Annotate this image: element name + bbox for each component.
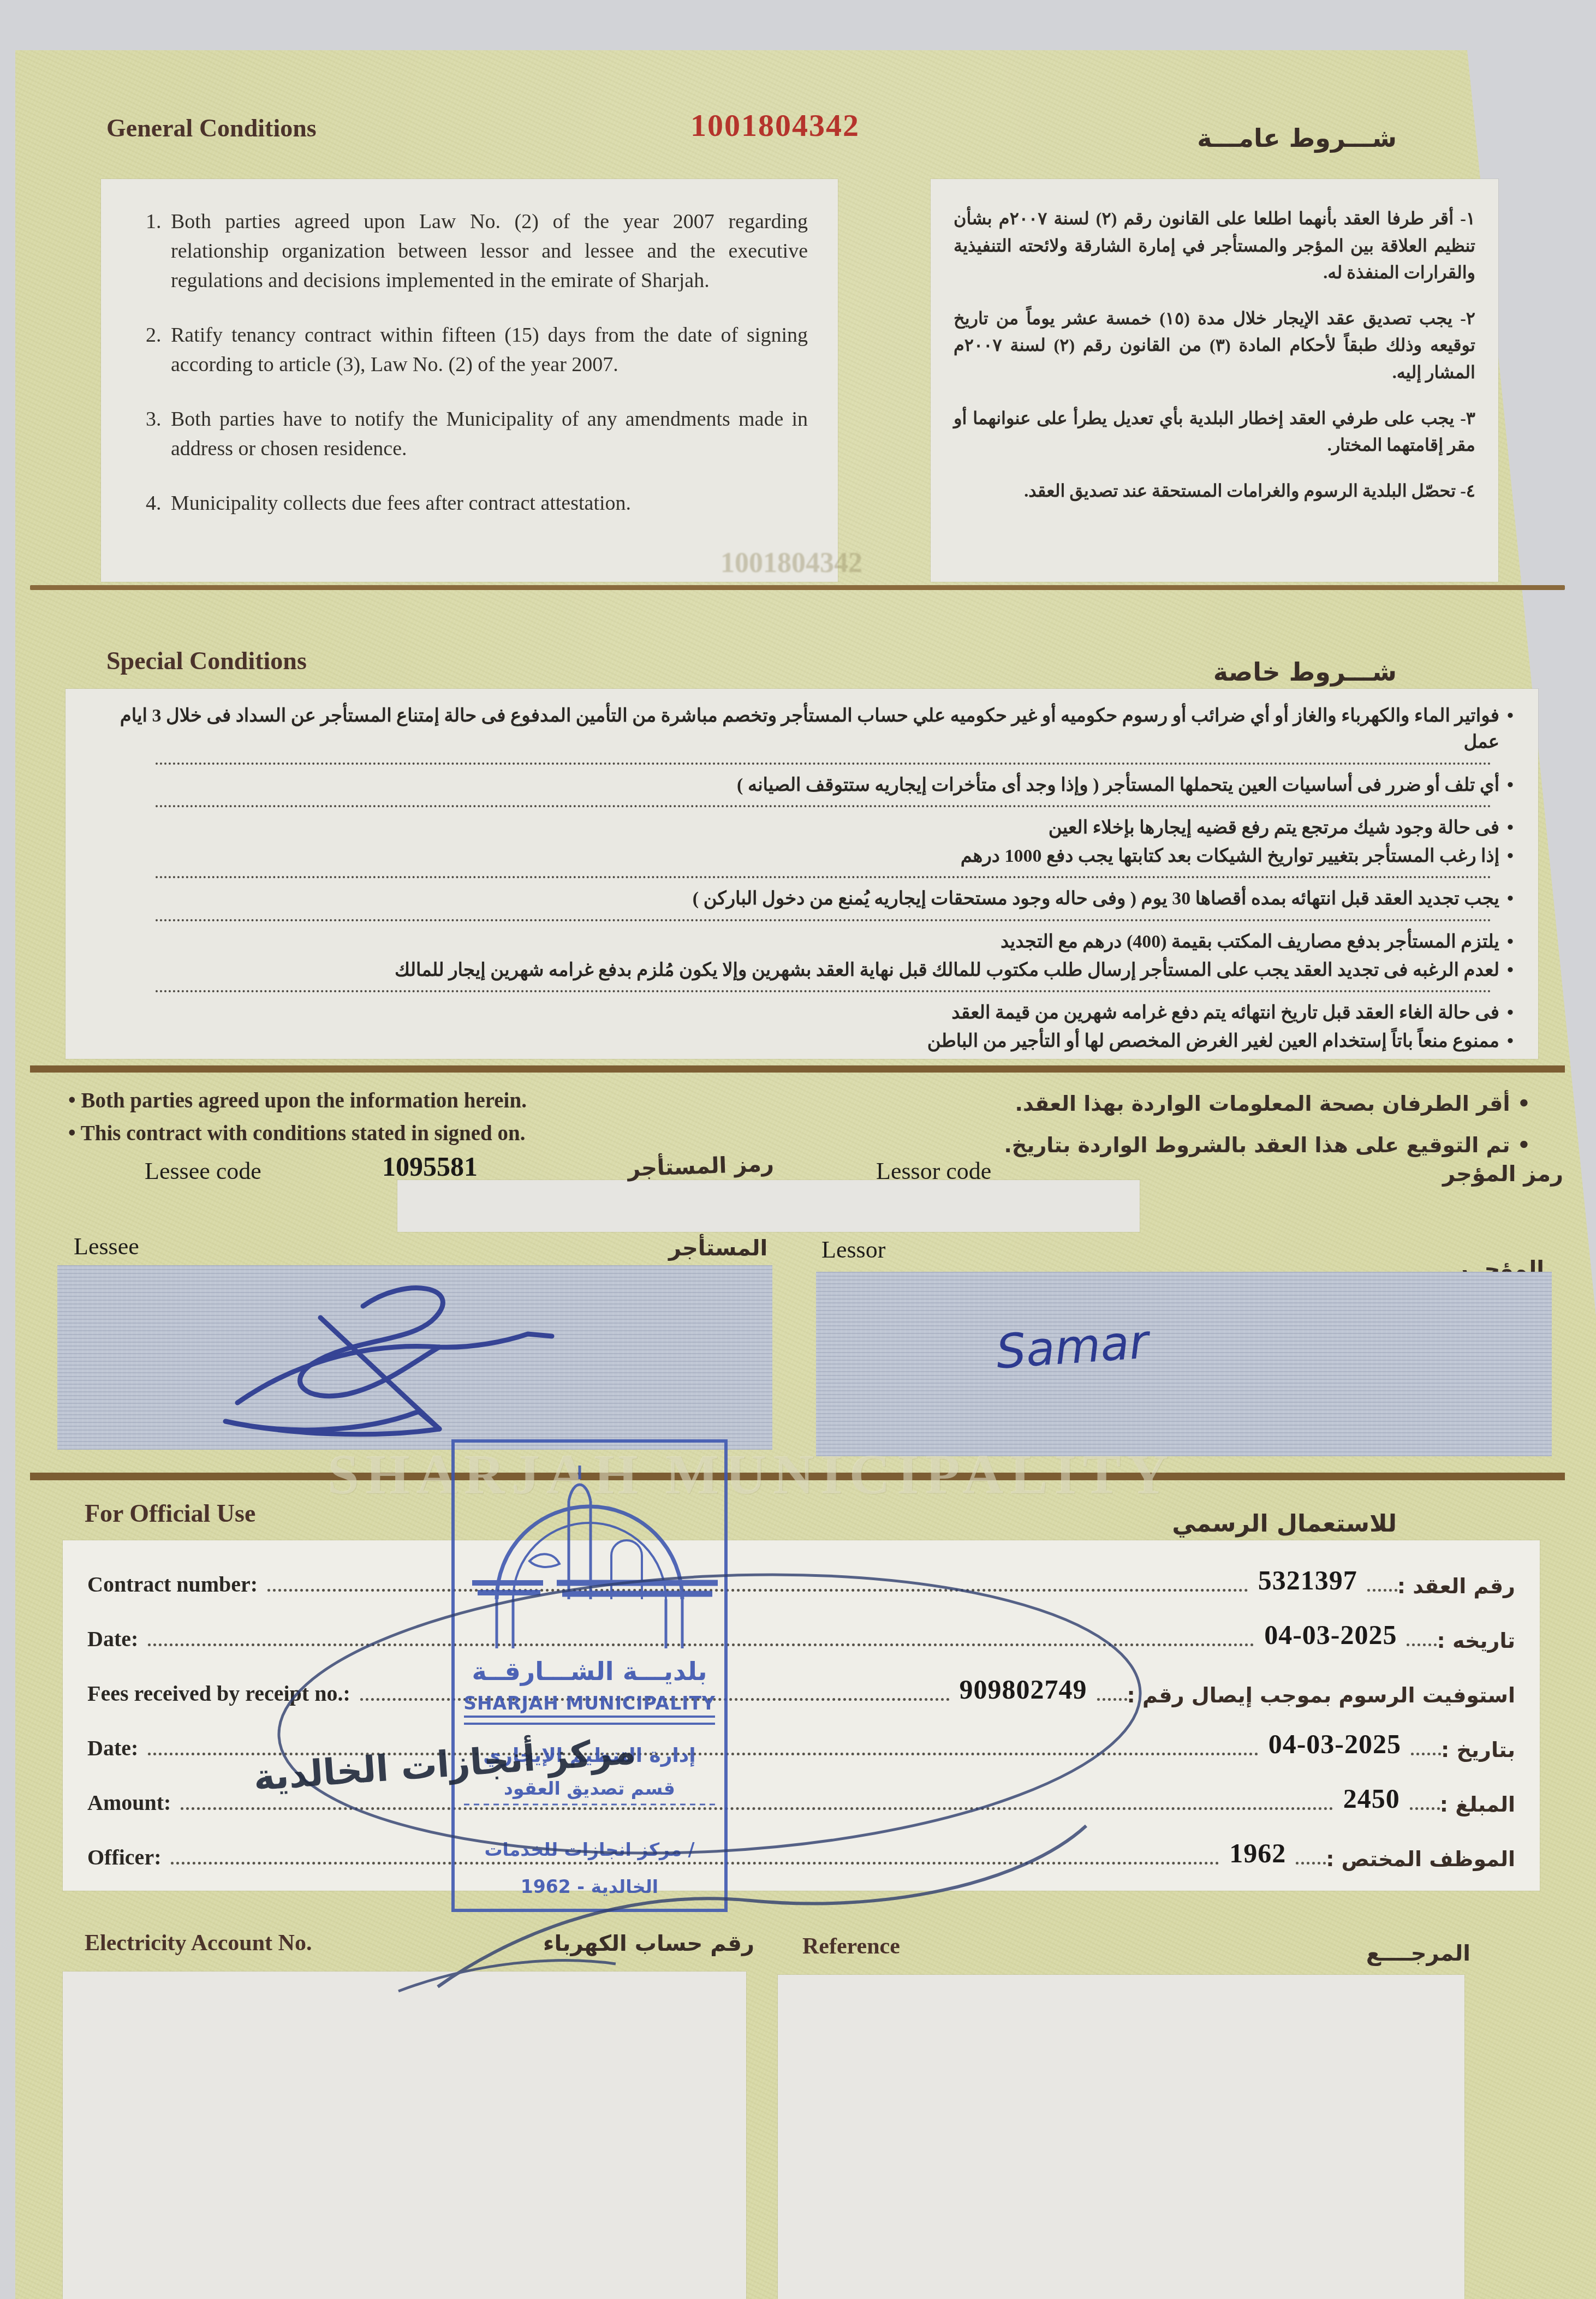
row-value: 2450 [1343,1783,1400,1821]
general-condition-en-3: Both parties have to notify the Municipa… [166,405,808,464]
official-row-contract-number: Contract number: 5321397 رقم العقد : [87,1550,1515,1603]
dotted-leader [360,1695,950,1701]
lessor-signature-name: Samar [994,1314,1150,1379]
bullet-icon: • [1507,772,1514,799]
special-condition-1: فواتير الماء والكهرباء والغاز أو أي ضرائ… [90,703,1499,756]
general-conditions-box-en: Both parties agreed upon Law No. (2) of … [101,179,838,582]
official-use-title-ar: للاستعمال الرسمي [1172,1510,1397,1538]
ghost-ref-number: 1001804342 [644,547,939,579]
row-value: 909802749 [960,1673,1087,1712]
dotted-leader [1411,1750,1441,1755]
lessor-label: Lessor [821,1236,885,1264]
lessee-label: Lessee [74,1232,139,1260]
general-conditions-title-en: General Conditions [106,114,317,142]
bullet-icon: • [1507,703,1514,756]
special-condition-9: ممنوع منعاً باتاً إستخدام العين لغير الغ… [927,1028,1499,1055]
official-row-officer: Officer: 1962 الموظف المختص : [87,1823,1515,1875]
special-condition-2: أي تلف أو ضرر فى أساسيات العين يتحملها ا… [737,772,1499,799]
general-conditions-title-ar: شـــروط عامـــة [1197,123,1397,153]
row-label-en: Officer: [87,1844,161,1875]
lessor-code-label-ar: رمز المؤجر [1443,1162,1563,1187]
general-condition-ar-3: ٣- يجب على طرفي العقد إخطار البلدية بأي … [954,405,1475,459]
official-row-date-1: Date: 04-03-2025 تاريخه : [87,1605,1515,1657]
lessee-code-value: 1095581 [382,1151,478,1182]
dotted-leader [1410,1804,1440,1810]
special-condition-7: لعدم الرغبه فى تجديد العقد يجب على المست… [395,957,1499,984]
electricity-account-label-en: Electricity Account No. [85,1930,312,1956]
row-label-en: Fees received by receipt no.: [87,1681,350,1712]
row-label-ar: رقم العقد : [1397,1574,1515,1603]
row-label-ar: الموظف المختص : [1326,1847,1515,1875]
special-condition-3: فى حالة وجود شيك مرتجع يتم رفع قضيه إيجا… [1049,815,1499,841]
general-condition-ar-1: ١- أقر طرفا العقد بأنهما اطلعا على القان… [954,205,1475,287]
bullet-icon: • [1507,815,1514,841]
special-condition-4: إذا رغب المستأجر بتغيير تواريخ الشيكات ب… [961,843,1499,869]
dotted-leader [171,1859,1219,1865]
bullet-icon: • [1507,1000,1514,1026]
dotted-line [156,917,1492,921]
dotted-leader [148,1750,1258,1755]
dotted-line [156,803,1492,807]
agreement-statement-ar-1: • أقر الطرفان بصحة المعلومات الواردة بهذ… [1015,1092,1531,1116]
general-conditions-box-ar: ١- أقر طرفا العقد بأنهما اطلعا على القان… [931,179,1498,582]
row-label-ar: استوفيت الرسوم بموجب إيصال رقم : [1127,1683,1515,1712]
lessee-signature-field[interactable] [57,1265,772,1450]
official-row-amount: Amount: 2450 المبلغ : [87,1768,1515,1821]
official-row-date-2: Date: 04-03-2025 بتاريخ : [87,1714,1515,1766]
reference-label-ar: المرجــــع [1366,1941,1470,1966]
reference-label-en: Reference [802,1933,900,1959]
municipality-watermark: SHARJAH MUNICIPALITY [327,1442,1175,1507]
dotted-leader [1407,1641,1437,1646]
agreement-statement-en-2: • This contract with conditions stated i… [68,1121,525,1146]
bullet-icon: • [1507,957,1514,984]
special-condition-8: فى حالة الغاء العقد قبل تاريخ انتهائه يت… [951,1000,1499,1026]
bullet-icon: • [1507,886,1514,912]
lessee-code-label-ar: رمز المستأجر [627,1151,774,1181]
lessor-signature-field[interactable]: Samar [816,1272,1552,1456]
official-use-box: Contract number: 5321397 رقم العقد : Dat… [63,1540,1540,1891]
dotted-line [156,874,1492,878]
row-label-ar: المبلغ : [1440,1792,1515,1821]
bullet-icon: • [1507,1028,1514,1055]
row-label-en: Date: [87,1626,138,1657]
general-condition-ar-2: ٢- يجب تصديق عقد الإيجار خلال مدة (١٥) خ… [954,305,1475,386]
special-conditions-box: •فواتير الماء والكهرباء والغاز أو أي ضرا… [65,689,1538,1059]
dotted-line [156,760,1492,765]
agreement-statement-en-1: • Both parties agreed upon the informati… [68,1088,527,1113]
electricity-account-label-ar: رقم حساب الكهرباء [543,1931,754,1956]
bullet-icon: • [1507,843,1514,869]
dotted-leader [1367,1586,1397,1592]
divider-rule-2 [30,1065,1565,1073]
lessee-label-ar: المستأجر [669,1236,767,1261]
lessee-code-label: Lessee code [145,1157,261,1185]
dotted-leader [148,1641,1254,1646]
official-row-receipt-no: Fees received by receipt no.: 909802749 … [87,1659,1515,1712]
special-conditions-title-ar: شـــروط خاصة [1213,657,1397,687]
special-conditions-title-en: Special Conditions [106,646,307,675]
lessor-code-label: Lessor code [876,1157,991,1185]
reference-field[interactable] [778,1975,1464,2299]
special-condition-5: يجب تجديد العقد قبل انتهائه بمده أقصاها … [693,886,1499,912]
special-condition-6: يلتزم المستأجر بدفع مصاريف المكتب بقيمة … [1001,929,1499,955]
general-condition-en-2: Ratify tenancy contract within fifteen (… [166,321,808,380]
general-condition-ar-4: ٤- تحصّل البلدية الرسوم والغرامات المستح… [954,478,1475,505]
row-label-en: Contract number: [87,1571,258,1603]
electricity-account-field[interactable] [63,1972,746,2299]
row-label-en: Date: [87,1735,138,1766]
general-condition-en-1: Both parties agreed upon Law No. (2) of … [166,207,808,296]
official-use-title-en: For Official Use [85,1499,255,1528]
row-value: 5321397 [1258,1564,1357,1603]
redacted-code-area [397,1180,1140,1232]
scanned-tenancy-contract-page: General Conditions 1001804342 شـــروط عا… [0,0,1596,2299]
bullet-icon: • [1507,929,1514,955]
row-label-ar: بتاريخ : [1441,1738,1515,1766]
agreement-statement-ar-2: • تم التوقيع على هذا العقد بالشروط الوار… [1004,1133,1531,1157]
general-condition-en-4: Municipality collects due fees after con… [166,489,808,519]
dotted-line [156,988,1492,992]
dotted-leader [181,1804,1333,1810]
dotted-leader [1097,1695,1127,1701]
contract-ref-number: 1001804342 [622,107,928,144]
dotted-leader [267,1586,1248,1592]
row-label-en: Amount: [87,1790,171,1821]
row-value: 04-03-2025 [1269,1728,1401,1766]
lessee-signature-scribble [57,1265,772,1450]
row-value: 04-03-2025 [1264,1619,1397,1657]
row-label-ar: تاريخه : [1437,1629,1515,1657]
divider-rule-1 [30,585,1565,590]
row-value: 1962 [1229,1837,1286,1875]
dotted-leader [1296,1859,1326,1865]
